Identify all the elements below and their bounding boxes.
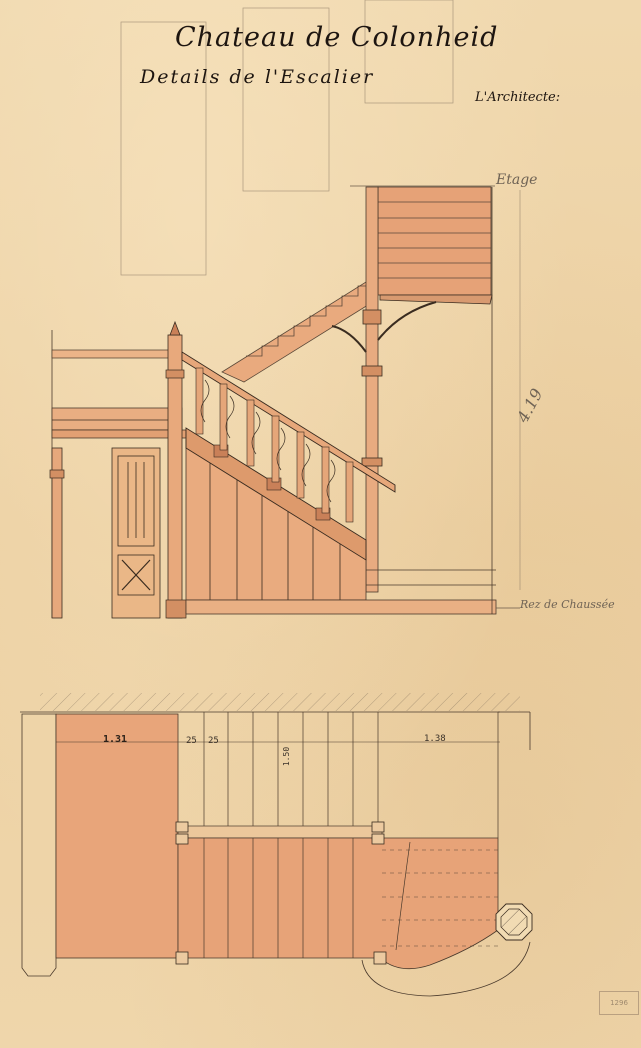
- drawing-linework: [0, 0, 641, 1048]
- architect-signature-label: L'Architecte:: [475, 90, 560, 105]
- vertical-dimension: 1.50: [282, 747, 291, 766]
- drawing-sheet: Chateau de Colonheid Details de l'Escali…: [0, 0, 641, 1048]
- left-section: [50, 322, 186, 618]
- landing-width-dimension: 1.31: [103, 734, 127, 745]
- archive-stamp: 1296: [599, 991, 639, 1015]
- drawing-title: Chateau de Colonheid: [175, 22, 498, 53]
- plan-view: [20, 693, 532, 996]
- tread-dimension-a: 25: [186, 736, 197, 746]
- tread-dimension-b: 25: [208, 736, 219, 746]
- drawing-subtitle: Details de l'Escalier: [140, 66, 374, 88]
- ground-floor-label: Rez de Chaussée: [520, 598, 615, 611]
- right-span-dimension: 1.38: [424, 734, 446, 744]
- upper-floor-label: Etage: [496, 172, 537, 188]
- lower-flight: [182, 352, 395, 600]
- upper-flight: [222, 282, 376, 382]
